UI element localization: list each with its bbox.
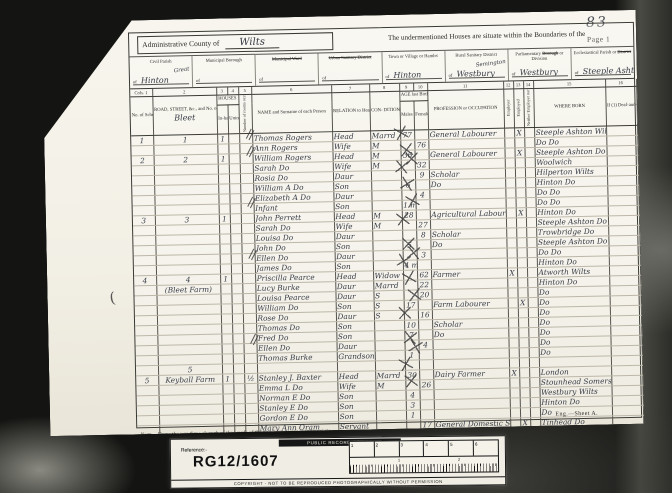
cell-condition: Marrd <box>373 280 403 291</box>
cell-uninh <box>229 163 240 173</box>
cell-inhab <box>220 263 231 273</box>
cell-inhab <box>222 363 233 373</box>
cell-employed: X <box>518 297 528 307</box>
cell-condition <box>374 320 404 331</box>
cell-rooms <box>240 173 253 183</box>
cell-neither <box>529 377 539 387</box>
cell-uninh <box>231 293 242 303</box>
header-schedule: No. of Schedule <box>130 96 153 135</box>
cell-condition <box>372 230 402 241</box>
cell-age_m: 1 <box>406 409 420 419</box>
cell-neither <box>530 397 540 407</box>
cell-age_f <box>415 179 429 189</box>
cell-uninh <box>233 353 244 363</box>
cell-uninh <box>234 393 245 403</box>
cell-employer <box>506 237 516 247</box>
cell-condition <box>376 410 406 421</box>
cell-inhab <box>220 293 231 303</box>
cell-sched <box>133 245 155 255</box>
cell-age_f <box>414 129 428 139</box>
cell-neither <box>528 297 538 307</box>
cell-sched <box>133 205 155 215</box>
cell-inhab <box>220 253 231 263</box>
cell-uninh <box>230 213 241 223</box>
cell-sched <box>132 195 154 205</box>
cell-condition <box>376 390 406 401</box>
cell-employed <box>520 427 530 437</box>
cell-condition <box>371 180 401 191</box>
cell-employer <box>510 427 520 437</box>
cell-infirm <box>607 175 638 186</box>
cell-employer <box>507 277 517 287</box>
cell-inhab: 1 <box>218 153 229 163</box>
cell-employer <box>505 187 515 197</box>
cell-sched <box>134 265 156 275</box>
cell-inhab: 1 <box>220 273 231 283</box>
totals-blank <box>511 437 521 448</box>
cell-employed <box>520 407 530 417</box>
district-of-prefix: of <box>196 78 200 83</box>
cell-sched <box>132 185 154 195</box>
cell-neither <box>530 427 540 437</box>
cell-neither <box>528 327 538 337</box>
cell-neither <box>525 157 535 167</box>
cell-employer: X <box>509 367 519 377</box>
cell-employer <box>506 227 516 237</box>
cell-neither <box>528 337 538 347</box>
cell-uninh <box>231 263 242 273</box>
header-employed-label: Employed <box>516 99 521 116</box>
tally-x-mark <box>396 211 410 225</box>
district-value: Hinton <box>393 70 421 80</box>
cell-employer <box>509 387 519 397</box>
cell-infirm <box>610 295 641 306</box>
cell-uninh <box>234 403 245 413</box>
cell-employed <box>517 267 527 277</box>
cell-neither <box>527 267 537 277</box>
tally-x-mark <box>408 339 422 353</box>
totals-blank <box>541 435 613 448</box>
cell-sched: 2 <box>132 155 154 165</box>
cell-condition <box>374 330 404 341</box>
cell-age_f: 62 <box>417 269 431 279</box>
cell-rooms <box>244 363 257 373</box>
cell-age_f: 17 <box>420 419 434 429</box>
cell-age_f <box>420 389 434 399</box>
district-field: Rural Sanitary District SemingtonofWestb… <box>445 50 509 82</box>
district-label: Parliamentary Borough or Division <box>508 49 570 62</box>
cell-infirm <box>610 325 641 336</box>
cell-infirm <box>611 345 642 356</box>
cell-rooms <box>242 273 255 283</box>
road-entry-value: Bleet <box>154 113 215 123</box>
cell-employed <box>519 387 529 397</box>
cell-neither <box>525 187 535 197</box>
cell-neither <box>530 407 540 417</box>
cell-sched <box>136 385 158 395</box>
cell-employed <box>515 157 525 167</box>
district-of-prefix: of <box>449 73 453 78</box>
cell-employer <box>508 337 518 347</box>
cell-infirm <box>607 185 638 196</box>
cell-inhab <box>218 183 229 193</box>
cell-age_f <box>419 359 433 369</box>
cell-condition <box>372 200 402 211</box>
district-of-prefix: of <box>575 70 579 75</box>
cell-employed <box>518 317 528 327</box>
cell-neither <box>525 167 535 177</box>
cell-infirm <box>612 395 643 406</box>
cell-inhab: 1 <box>217 133 228 143</box>
cell-age_f <box>418 319 432 329</box>
cell-age_f: 26 <box>419 379 433 389</box>
cell-age_f <box>417 259 431 269</box>
record-office-stamp: PUBLIC RECORD OFFICE Reference:- RG12/16… <box>170 435 507 489</box>
cell-uninh <box>230 243 241 253</box>
district-of-prefix: of <box>322 75 326 80</box>
header-occupation: PROFESSION or OCCUPATION <box>427 89 504 130</box>
cell-age_f <box>418 299 432 309</box>
district-label: Municipal Ward <box>256 54 318 67</box>
cell-condition: Marrd <box>375 370 405 381</box>
cell-infirm <box>611 375 642 386</box>
cell-uninh <box>229 153 240 163</box>
cell-inhab <box>223 403 234 413</box>
cell-infirm <box>611 385 642 396</box>
tally-x-mark <box>399 306 411 318</box>
cell-neither <box>527 287 537 297</box>
cell-infirm <box>607 195 638 206</box>
cell-age_f <box>419 369 433 379</box>
cell-neither <box>525 177 535 187</box>
census-rows: 111Thomas RogersHeadMarrd77General Labou… <box>131 125 644 457</box>
header-neither-label: Neither Employer nor Employed <box>526 90 532 126</box>
cell-age_f: 27 <box>416 219 430 229</box>
cell-employer <box>507 257 517 267</box>
cell-inhab <box>218 163 229 173</box>
header-uninhabited: Unin-habited (U.), or Building (B.) <box>227 104 239 133</box>
cell-uninh <box>232 343 243 353</box>
cell-uninh <box>232 303 243 313</box>
cell-employed: X <box>516 207 526 217</box>
district-label-part: Rural Sanitary District <box>455 52 497 58</box>
admin-county-value: Wilts <box>225 36 279 49</box>
cell-relation: Grandson <box>337 350 375 361</box>
cell-employed <box>518 337 528 347</box>
cell-rooms <box>242 263 255 273</box>
cell-infirm <box>606 125 637 136</box>
cell-infirm <box>607 155 638 166</box>
cell-employer <box>506 197 516 207</box>
cell-neither <box>529 367 539 377</box>
cell-rooms <box>243 323 256 333</box>
cell-employed <box>518 327 528 337</box>
cell-uninh <box>233 383 244 393</box>
district-of-prefix: of <box>133 79 137 84</box>
cell-sched <box>134 295 156 305</box>
cell-sched <box>137 405 159 415</box>
cell-employer <box>509 357 519 367</box>
cell-inhab <box>220 283 231 293</box>
cell-age_f <box>416 209 430 219</box>
cell-infirm <box>608 205 639 216</box>
ruler-cm-row: 1 2 <box>350 456 498 473</box>
district-label: Municipal Borough <box>193 56 255 69</box>
ruler-inch-mark: 1 <box>350 442 375 457</box>
cell-street: (Bleet Farm) <box>156 284 220 295</box>
cell-sched <box>133 235 155 245</box>
cell-inhab <box>222 383 233 393</box>
cell-rooms <box>240 183 253 193</box>
cell-uninh <box>232 323 243 333</box>
cell-infirm <box>606 135 637 146</box>
cell-infirm <box>610 315 641 326</box>
totals-schedule: 5 <box>138 445 160 456</box>
cell-sched: 3 <box>133 215 155 225</box>
cell-neither <box>528 307 538 317</box>
cell-employer <box>505 157 515 167</box>
cell-neither <box>526 207 536 217</box>
cell-employed <box>515 177 525 187</box>
cell-sched <box>137 395 159 405</box>
cell-employer <box>504 147 514 157</box>
cell-neither <box>529 387 539 397</box>
cell-rooms <box>245 393 258 403</box>
cell-infirm <box>608 235 639 246</box>
cell-age_m: 3 <box>406 399 420 409</box>
cell-age_m: 4 <box>406 389 420 399</box>
cell-sched: 1 <box>131 135 153 145</box>
copyright-line: COPYRIGHT - NOT TO BE REPRODUCED PHOTOGR… <box>171 476 505 487</box>
cell-uninh <box>229 183 240 193</box>
cell-employed <box>519 367 529 377</box>
cell-age_m: 10 <box>404 319 418 329</box>
district-label-part: Ecclesiastical Parish or <box>574 49 617 55</box>
header-age-group: AGE last Birthday of <box>399 90 427 101</box>
ruler-cm-mark: 2 <box>458 458 460 462</box>
cell-employer <box>508 317 518 327</box>
cell-uninh <box>230 203 241 213</box>
cell-sched: 4 <box>134 275 156 285</box>
cell-uninh <box>232 333 243 343</box>
district-value: Westbury <box>456 69 494 79</box>
cell-uninh <box>231 273 242 283</box>
cell-inhab <box>222 353 233 363</box>
cell-infirm <box>607 165 638 176</box>
cell-rooms <box>243 303 256 313</box>
cell-inhab <box>223 413 234 423</box>
district-of-prefix: of <box>385 74 389 79</box>
cell-sched <box>132 175 154 185</box>
cell-uninh <box>233 373 244 383</box>
cell-infirm <box>612 415 643 426</box>
district-label-part: Municipal Borough <box>206 57 242 63</box>
totals-blank <box>613 435 644 447</box>
cell-street: Keyball Farm <box>158 374 222 385</box>
district-label: Urban Sanitary District <box>319 53 381 66</box>
cell-sched <box>136 345 158 355</box>
cell-uninh <box>232 313 243 323</box>
cell-employed <box>516 237 526 247</box>
header-where-born: WHERE BORN <box>533 86 606 126</box>
district-label: Town or Village or Hamlet <box>382 52 444 65</box>
cell-neither <box>530 417 540 427</box>
tally-x-mark <box>408 288 422 302</box>
ruler-inch-mark: 5 <box>449 441 474 456</box>
cell-uninh <box>228 133 239 143</box>
tally-x-mark <box>395 160 408 173</box>
cell-inhab: 1 <box>222 373 233 383</box>
cell-uninh <box>230 223 241 233</box>
cell-sched <box>134 285 156 295</box>
cell-infirm <box>608 215 639 226</box>
cell-employed <box>515 187 525 197</box>
cell-employed <box>520 397 530 407</box>
cell-rooms <box>241 233 254 243</box>
cell-born: Steeple Ashton <box>540 425 612 437</box>
header-inhabited: In-habited <box>216 104 228 133</box>
cell-employed <box>517 277 527 287</box>
header-condition: CON- DITION as to Marriage <box>369 91 400 131</box>
ruler-inch-row: 1 2 3 4 5 6 <box>350 440 498 458</box>
cell-infirm <box>609 285 640 296</box>
cell-inhab <box>219 243 230 253</box>
ruler-inch-mark: 4 <box>424 441 449 456</box>
district-field: Urban Sanitary District of <box>319 52 383 84</box>
cell-employed: X <box>514 147 524 157</box>
header-relation: RELATION to Head of Family <box>331 91 370 131</box>
district-field: Parliamentary Borough or Division ofWest… <box>508 48 572 80</box>
cell-employed: X <box>514 127 524 137</box>
cell-employer <box>504 127 514 137</box>
cell-rooms <box>242 293 255 303</box>
cell-uninh <box>234 413 245 423</box>
district-field: Municipal Borough of <box>193 55 257 87</box>
margin-brace-mark: ( <box>108 288 117 307</box>
reference-number: RG12/1607 <box>193 453 279 471</box>
cell-employer <box>508 297 518 307</box>
cell-age_f: 8 <box>416 229 430 239</box>
header-houses-group: HOUSES <box>216 94 238 104</box>
cell-sched <box>133 225 155 235</box>
cell-inhab <box>221 343 232 353</box>
district-field: Civil Parish GreatofHinton <box>129 56 193 88</box>
district-field: Municipal Ward of <box>256 53 320 85</box>
cell-uninh <box>233 363 244 373</box>
ruler-cm-mark: 1 <box>398 458 400 462</box>
district-label-part: Town or Village or Hamlet <box>388 53 437 59</box>
cell-employer <box>509 377 519 387</box>
cell-condition: M <box>375 380 405 391</box>
header-name: NAME and Surname of each Person <box>251 92 332 133</box>
cell-employed <box>516 217 526 227</box>
cell-employed <box>519 377 529 387</box>
cell-neither <box>526 227 536 237</box>
cell-inhab <box>221 303 232 313</box>
cell-neither <box>524 147 534 157</box>
cell-employer <box>510 417 520 427</box>
cell-employed <box>517 287 527 297</box>
situate-line: The undermentioned Houses are situate wi… <box>344 29 629 43</box>
cell-employed <box>518 307 528 317</box>
cell-occupation: General Domestic Servant <box>434 418 510 430</box>
cell-infirm <box>609 275 640 286</box>
cell-inhab <box>223 393 234 403</box>
cell-inhab <box>217 143 228 153</box>
cell-employer <box>507 287 517 297</box>
cell-employed: X <box>520 417 530 427</box>
district-label: Ecclesiastical Parish or District <box>571 48 633 61</box>
cell-neither <box>524 127 534 137</box>
cell-employer <box>507 247 517 257</box>
cell-infirm <box>609 245 640 256</box>
cell-age_f <box>418 329 432 339</box>
cell-sched <box>131 145 153 155</box>
cell-condition: M <box>370 140 400 151</box>
cell-sched <box>135 335 157 345</box>
cell-rooms <box>243 313 256 323</box>
cell-age_f: 9 <box>415 169 429 179</box>
cell-rooms <box>245 413 258 423</box>
cell-condition <box>376 420 406 431</box>
cell-rooms <box>244 383 257 393</box>
district-of-prefix: of <box>259 77 263 82</box>
sheet-label: Eng.—Sheet A. <box>555 411 598 418</box>
cell-infirm <box>610 335 641 346</box>
header-age-females: Females <box>413 100 428 129</box>
cell-rooms <box>241 213 254 223</box>
cell-neither <box>525 197 535 207</box>
cell-inhab <box>221 333 232 343</box>
cell-sched <box>135 305 157 315</box>
cell-condition <box>371 190 401 201</box>
ruler-inch-mark: 2 <box>375 441 400 456</box>
cell-employed <box>519 357 529 367</box>
district-value: Steeple Ashton <box>583 66 634 76</box>
district-of-prefix: of <box>512 71 516 76</box>
cell-inhab <box>221 323 232 333</box>
cell-sched <box>132 165 154 175</box>
cell-uninh <box>231 283 242 293</box>
district-value: Hinton <box>141 76 169 86</box>
cell-infirm <box>612 405 643 416</box>
scale-ruler: 1 2 3 4 5 6 1 2 <box>349 439 499 474</box>
cell-inhab <box>218 173 229 183</box>
cell-employer <box>508 327 518 337</box>
cell-employer <box>510 407 520 417</box>
district-label-part: District <box>617 49 631 54</box>
cell-uninh <box>230 233 241 243</box>
cell-uninh <box>229 193 240 203</box>
cell-neither <box>529 347 539 357</box>
admin-county-label: Administrative County of <box>142 39 219 50</box>
cell-neither <box>527 257 537 267</box>
cell-employed <box>515 167 525 177</box>
tally-x-mark <box>405 374 419 388</box>
district-field: Ecclesiastical Parish or District ofStee… <box>571 47 634 79</box>
cell-employer <box>509 347 519 357</box>
cell-employer <box>506 207 516 217</box>
header-rooms-label: Number of rooms occupied if less than fi… <box>242 95 248 131</box>
district-label-part: Borough <box>542 50 558 55</box>
cell-sched <box>135 315 157 325</box>
cell-condition: M <box>370 150 400 161</box>
cell-neither <box>526 237 536 247</box>
cell-employer <box>504 137 514 147</box>
cell-uninh <box>229 173 240 183</box>
totals-blank <box>521 437 531 448</box>
census-form: Administrative County ofWilts The underm… <box>128 22 642 429</box>
